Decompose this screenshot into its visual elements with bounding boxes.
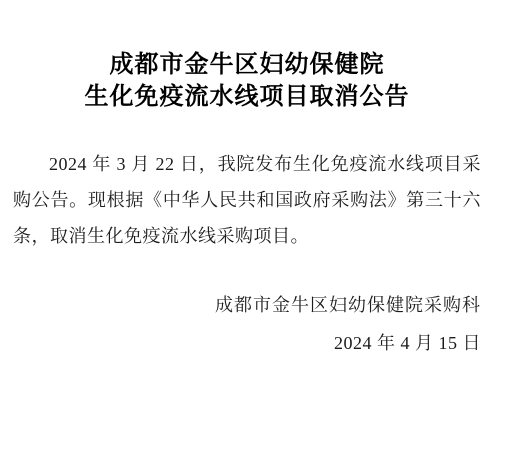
- closing-issuer: 成都市金牛区妇幼保健院采购科: [13, 286, 481, 324]
- closing-date: 2024 年 4 月 15 日: [13, 324, 481, 362]
- notice-document-page: 成都市金牛区妇幼保健院 生化免疫流水线项目取消公告 2024 年 3 月 22 …: [0, 0, 519, 467]
- notice-title-line-2: 生化免疫流水线项目取消公告: [13, 81, 481, 113]
- notice-title-line-1: 成都市金牛区妇幼保健院: [13, 49, 481, 81]
- notice-closing: 成都市金牛区妇幼保健院采购科 2024 年 4 月 15 日: [13, 286, 481, 362]
- notice-body: 2024 年 3 月 22 日，我院发布生化免疫流水线项目采购公告。现根据《中华…: [13, 146, 481, 254]
- notice-title: 成都市金牛区妇幼保健院 生化免疫流水线项目取消公告: [13, 49, 481, 113]
- notice-paragraph: 2024 年 3 月 22 日，我院发布生化免疫流水线项目采购公告。现根据《中华…: [13, 146, 481, 254]
